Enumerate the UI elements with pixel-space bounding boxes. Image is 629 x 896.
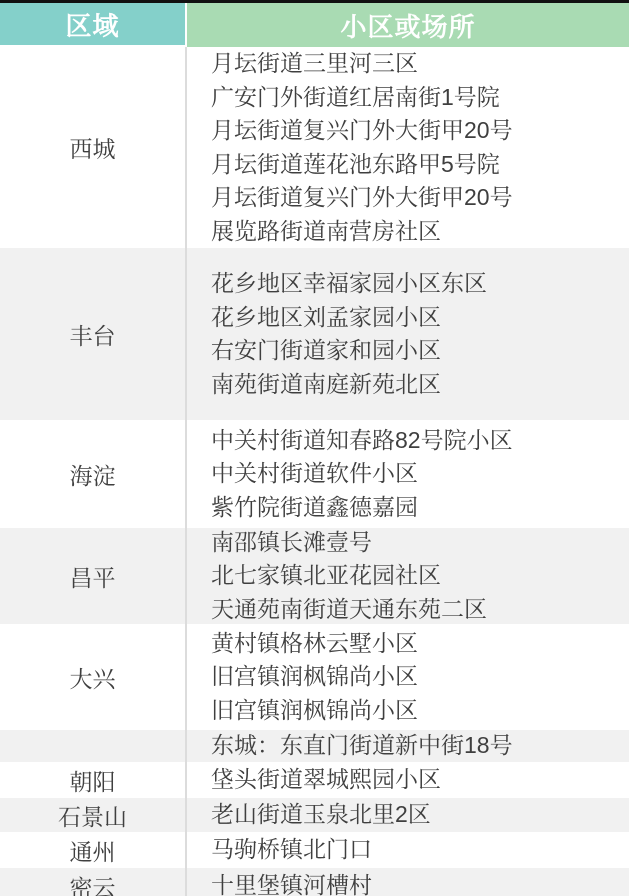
- places-cell: 垡头街道翠城熙园小区: [187, 762, 629, 798]
- page: 区域 小区或场所 西城月坛街道三里河三区广安门外街道红居南街1号院月坛街道复兴门…: [0, 0, 629, 896]
- region-column-header: 区域: [65, 6, 119, 43]
- places-cell: 花乡地区幸福家园小区东区花乡地区刘孟家园小区右安门街道家和园小区南苑街道南庭新苑…: [187, 248, 629, 420]
- table-row: 大兴黄村镇格林云墅小区旧宫镇润枫锦尚小区旧宫镇润枫锦尚小区: [0, 624, 629, 730]
- place-item: 展览路街道南营房社区: [211, 215, 629, 249]
- place-item: 旧宫镇润枫锦尚小区: [211, 694, 629, 728]
- table-row: 东城：东直门街道新中街18号: [0, 730, 629, 762]
- table-body: 西城月坛街道三里河三区广安门外街道红居南街1号院月坛街道复兴门外大街甲20号月坛…: [0, 47, 629, 896]
- place-item: 垡头街道翠城熙园小区: [211, 763, 629, 797]
- region-cell: 西城: [0, 47, 187, 248]
- region-cell: 昌平: [0, 528, 187, 624]
- places-cell: 月坛街道三里河三区广安门外街道红居南街1号院月坛街道复兴门外大街甲20号月坛街道…: [187, 47, 629, 248]
- header-cell-region: 区域: [0, 3, 185, 45]
- region-cell: 通州: [0, 832, 187, 868]
- place-item: 中关村街道知春路82号院小区: [211, 424, 629, 458]
- region-cell: 大兴: [0, 624, 187, 730]
- place-item: 南苑街道南庭新苑北区: [211, 368, 629, 402]
- places-cell: 南邵镇长滩壹号北七家镇北亚花园社区天通苑南街道天通东苑二区: [187, 528, 629, 624]
- place-item: 右安门街道家和园小区: [211, 334, 629, 368]
- places-cell: 东城：东直门街道新中街18号: [187, 730, 629, 762]
- place-item: 月坛街道莲花池东路甲5号院: [211, 148, 629, 182]
- place-item: 月坛街道复兴门外大街甲20号: [211, 181, 629, 215]
- place-item: 天通苑南街道天通东苑二区: [211, 593, 629, 627]
- places-cell: 十里堡镇河槽村: [187, 868, 629, 896]
- place-item: 马驹桥镇北门口: [211, 833, 629, 867]
- region-cell: 丰台: [0, 248, 187, 420]
- place-item: 南邵镇长滩壹号: [211, 526, 629, 560]
- place-item: 花乡地区刘孟家园小区: [211, 301, 629, 335]
- place-item: 黄村镇格林云墅小区: [211, 627, 629, 661]
- places-cell: 中关村街道知春路82号院小区中关村街道软件小区紫竹院街道鑫德嘉园: [187, 420, 629, 528]
- table-row: 朝阳垡头街道翠城熙园小区: [0, 762, 629, 798]
- place-item: 十里堡镇河槽村: [211, 869, 629, 896]
- place-item: 东城：东直门街道新中街18号: [211, 729, 629, 763]
- table-row: 海淀中关村街道知春路82号院小区中关村街道软件小区紫竹院街道鑫德嘉园: [0, 420, 629, 528]
- place-item: 北七家镇北亚花园社区: [211, 559, 629, 593]
- table-row: 石景山老山街道玉泉北里2区: [0, 798, 629, 832]
- table-row: 西城月坛街道三里河三区广安门外街道红居南街1号院月坛街道复兴门外大街甲20号月坛…: [0, 47, 629, 248]
- places-cell: 黄村镇格林云墅小区旧宫镇润枫锦尚小区旧宫镇润枫锦尚小区: [187, 624, 629, 730]
- places-cell: 老山街道玉泉北里2区: [187, 798, 629, 832]
- place-item: 紫竹院街道鑫德嘉园: [211, 491, 629, 525]
- table-header: 区域 小区或场所: [0, 3, 629, 47]
- place-column-header: 小区或场所: [340, 7, 475, 44]
- table-row: 密云十里堡镇河槽村: [0, 868, 629, 896]
- place-item: 月坛街道复兴门外大街甲20号: [211, 114, 629, 148]
- header-cell-place: 小区或场所: [187, 3, 629, 47]
- region-cell: 密云: [0, 868, 187, 896]
- place-item: 花乡地区幸福家园小区东区: [211, 267, 629, 301]
- region-cell: [0, 730, 187, 762]
- table-row: 昌平南邵镇长滩壹号北七家镇北亚花园社区天通苑南街道天通东苑二区: [0, 528, 629, 624]
- region-cell: 朝阳: [0, 762, 187, 798]
- place-item: 老山街道玉泉北里2区: [211, 798, 629, 832]
- place-item: 旧宫镇润枫锦尚小区: [211, 660, 629, 694]
- place-item: 月坛街道三里河三区: [211, 47, 629, 81]
- place-item: 广安门外街道红居南街1号院: [211, 81, 629, 115]
- region-cell: 石景山: [0, 798, 187, 832]
- place-item: 中关村街道软件小区: [211, 457, 629, 491]
- places-cell: 马驹桥镇北门口: [187, 832, 629, 868]
- table-row: 通州马驹桥镇北门口: [0, 832, 629, 868]
- region-cell: 海淀: [0, 420, 187, 528]
- table-row: 丰台花乡地区幸福家园小区东区花乡地区刘孟家园小区右安门街道家和园小区南苑街道南庭…: [0, 248, 629, 420]
